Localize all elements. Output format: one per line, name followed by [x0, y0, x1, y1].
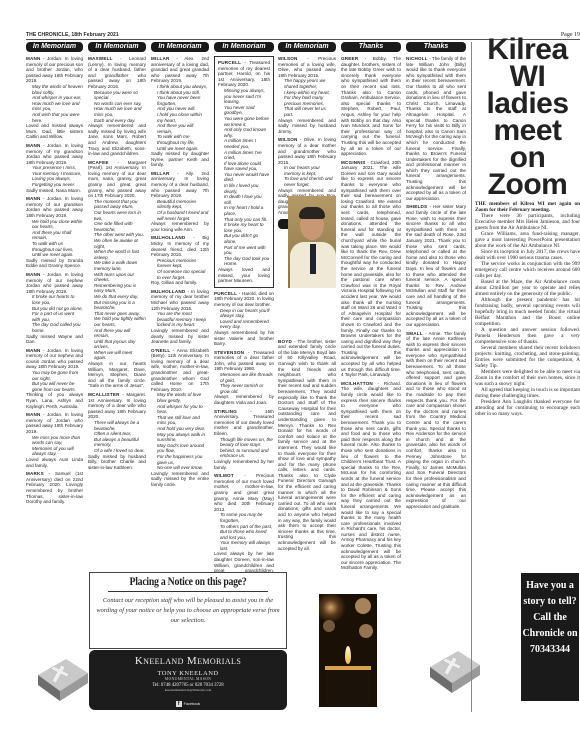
notice-entry: STIRLING - 15th Anniversary. Treasured m… [214, 409, 274, 471]
notice-ad-title: Placing a Notice on this page? [108, 576, 268, 592]
article-paragraph: Since its inception in July 2017, the cr… [475, 249, 580, 261]
notice-signoff: Sadly missed. Nana Mann. [26, 188, 83, 194]
notice-signoff: Always remembered by his sister Valerie … [214, 330, 274, 347]
notice-verse: It broke our hearts to lose you,But you … [26, 294, 83, 333]
kneeland-name: Kneeland Memorials [89, 655, 287, 667]
portrait-photo [288, 196, 336, 288]
notice-surname: MAXWELL [88, 56, 113, 61]
notice-surname: MCALLISTER [88, 392, 120, 397]
thanks-column-7: Thanks NICHOLL - The family of the late … [406, 42, 466, 642]
notice-verse: Missing you always, you never said I'm l… [218, 88, 270, 267]
notice-entry: MILLAR - Ally. 2nd anniversary. In lovin… [151, 171, 209, 233]
story-call-ad: Have you a story to tell? Call the Chron… [521, 573, 579, 701]
kneeland-person: TONY KNEELAND [89, 670, 287, 677]
notice-surname: NICHOLL [406, 56, 428, 61]
notice-verse: The happy years we shared together,I kee… [278, 78, 336, 117]
notice-surname: MULHOLLAND [151, 235, 185, 240]
notice-text: - Annie. The family of the late Annie Ka… [406, 331, 466, 509]
notice-surname: BOYD [278, 339, 292, 344]
notice-signoff: Lovingly remembered by her family. [214, 459, 274, 470]
article-body: THE members of Kilrea WI met again on Zo… [475, 201, 580, 417]
notice-entry: MULHOLLAND - In loving memory of my dear… [151, 289, 209, 345]
notice-verse: I think about you always,I think about y… [151, 84, 209, 151]
notice-surname: WILMOT [214, 473, 234, 478]
notice-signoff: Always remembered and sadly missed by lo… [88, 123, 146, 157]
notice-verse: We hold you close within our hearts,And … [26, 219, 83, 258]
notice-signoff: Loved and missed always Mum, Dad, little… [26, 123, 83, 140]
notice-surname: MANN [26, 348, 41, 353]
notice-verse: Precious memories forever kept,Of someon… [151, 258, 209, 280]
notice-entry: MANN - Jordan. In loving memory of our n… [26, 272, 83, 345]
section-header-memoriam: In Memoriam [151, 42, 209, 52]
notice-signoff: Loved always Aunt Linda and family. [26, 457, 83, 468]
notice-signoff: Roy, Gillian and family. [151, 280, 209, 286]
notice-surname: O'NEILL [151, 348, 170, 353]
candle-photo [319, 594, 377, 707]
column-divider [471, 42, 472, 712]
notice-signoff: Always remembered by daughters Viola and… [214, 394, 274, 405]
notice-verse: Your presence I miss,Your memory I treas… [26, 165, 83, 187]
notice-entry: GREER - Bobby. The daughter, brothers, s… [341, 56, 401, 157]
notice-surname: MANN [26, 272, 41, 277]
facebook-link[interactable]: fFacebook [176, 701, 201, 707]
section-header-memoriam: In Memoriam [88, 42, 146, 52]
section-header-memoriam: In Memoriam [278, 42, 336, 52]
section-header-thanks: Thanks [341, 42, 401, 52]
notice-text: - The brother, sister and extended famil… [278, 339, 336, 551]
notice-text: - Anna Elizabeth (Betty). 11th Anniversa… [151, 348, 209, 392]
notice-verse: The moment that you passed away Mum,Our … [88, 199, 146, 361]
article-paragraph: Although the present pandemic has hit fu… [475, 297, 580, 327]
newspaper-page: THE CHRONICLE, 18th February 2021 Page 1… [26, 0, 580, 737]
notice-text: - Samuel (1st Anniversary) died on 22nd … [26, 471, 83, 504]
notice-ad-body: Contact our reception staff who will be … [94, 596, 282, 626]
notice-entry: STEVENSON - Treasured memories of a dear… [214, 350, 274, 406]
notice-signoff: Always loved and missed, your loving par… [218, 267, 270, 284]
notice-entry: MARKS - Samuel (1st Anniversary) died on… [26, 471, 83, 505]
kneeland-email: kneelandmemorials@btinternet.com [89, 688, 287, 692]
notice-surname: MANN [26, 196, 41, 201]
notice-verse: May the winds of heaven blow softly.And … [26, 84, 83, 123]
notice-verse: Because you were so special.No words can… [88, 90, 146, 124]
bible-icon [424, 647, 484, 697]
section-header-memoriam: In Memoriam [26, 42, 83, 52]
article-paragraph: Members were delighted to be able to mee… [475, 369, 580, 387]
notice-verse: Deep in our hearts you'll always stay,Lo… [214, 308, 274, 330]
section-header-thanks: Thanks [406, 42, 466, 52]
notice-surname: STEVENSON [214, 350, 244, 355]
article-headline: Kilrea WI ladies meet on Zoom [475, 36, 580, 198]
notice-text: - Leonard (Lenny). In loving memory of a… [88, 56, 146, 89]
notice-text: - Her sister Mary and family circle of t… [406, 204, 466, 326]
notice-surname: GREER [341, 56, 358, 61]
notice-entry: WILSON - Precious memories of a loving w… [278, 56, 336, 134]
notice-entry: PURCELL - Harold, died on 18th February … [214, 291, 274, 347]
notice-verse: Beautiful memories silently kept,Of a hu… [151, 199, 209, 221]
masthead-title: THE CHRONICLE, 18th February 2021 [26, 32, 119, 38]
notice-entry: MANN - Jordan. In loving memory of our g… [26, 196, 83, 269]
notice-signoff: Thinking of you always Ryan, Lana, Ashly… [26, 392, 83, 409]
notice-entry: MANN - Jordan. In loving memory of our p… [26, 56, 83, 140]
bible-icon [32, 655, 92, 705]
notice-entry: MULHOLLAND - Big Micky. In memory of my … [151, 235, 209, 285]
memoriam-column-1: In Memoriam MANN - Jordan. In loving mem… [26, 42, 83, 562]
notice-surname: PURCELL [218, 60, 241, 65]
notice-verse: May the winds of love blow gently,And wh… [151, 392, 209, 470]
notice-entry: BOYD - The brother, sister and extended … [278, 339, 336, 552]
notice-surname: MCGINNIS [341, 160, 366, 165]
notice-entry: MANN - Jordan. In loving memory of my gr… [26, 143, 83, 193]
notice-surname: MCAFEE [88, 160, 109, 165]
memoriam-column-2: In Memoriam MAXWELL - Leonard (Lenny). I… [88, 42, 146, 567]
notice-signoff: Lovingly remembered and sadly missed by … [151, 471, 209, 488]
notice-text: - Crawford, 20th January 2021. The wife … [341, 160, 401, 378]
notice-text: - Precious memories of our much loved mo… [214, 473, 274, 512]
notice-signoff: Lovingly remembered and dearly missed by… [151, 328, 209, 345]
notice-signoff: Sadly missed Wayne and Dan. [26, 334, 83, 345]
notice-entry: SHIELDS - Her sister Mary and family cir… [406, 204, 466, 327]
notice-text: - Bobby. The daughter, brothers, sisters… [341, 56, 401, 156]
article-paragraph: The service works in conjunction with th… [475, 261, 580, 279]
notice-entry: SMALL - Annie. The family of the late An… [406, 331, 466, 510]
notice-surname: MARKS [26, 471, 44, 476]
notice-verse: To some you may be forgotten,To others p… [214, 512, 274, 551]
notice-surname: MANN [26, 143, 41, 148]
notice-signoff: Always in our hearts William, Margaret, … [88, 361, 146, 389]
article-lead: THE members of Kilrea WI met again on Zo… [475, 201, 580, 213]
facebook-icon: f [176, 701, 182, 707]
article-paragraph: President Ann Laughlin thanked everyone … [475, 399, 580, 417]
notice-entry: MANN - Jordan. In loving memory of Jorda… [26, 412, 83, 468]
notice-entry: MCGINNIS - Crawford, 20th January 2021. … [341, 160, 401, 378]
article-paragraph: Several members shared their recent lock… [475, 345, 580, 369]
memoriam-column-3: In Memoriam MILLAR - Alex. 2nd anniversa… [151, 42, 209, 567]
notice-surname: SMALL [406, 331, 423, 336]
notice-surname: WILSON [278, 137, 298, 142]
notice-entry: MCALLISTER - Margaret. 1st Anniversary. … [88, 392, 146, 470]
notice-entry: NICHOLL - The family of the late William… [406, 56, 466, 201]
notice-signoff: Always remembered by your loving wife An… [151, 221, 209, 232]
notice-entry: PURCELL - Treasured memories of my deare… [214, 56, 274, 288]
article-paragraph: Grace Williams, area fund-raising manage… [475, 231, 580, 249]
article-paragraph: Based at the Maze, the Air Ambulance cos… [475, 279, 580, 297]
article-paragraph: A question and answer session followed. … [475, 327, 580, 345]
notice-verse: In our hearts your memory is kept,To lov… [278, 165, 336, 187]
notice-surname: WILSON [278, 56, 298, 61]
notice-signoff: Sadly missed by Granda Eddie and Granny … [26, 258, 83, 269]
notice-entry: MCAFEE - Margaret (Pearl). 1st Anniversa… [88, 160, 146, 389]
notice-verse: Though life moves on, the beauty of love… [214, 437, 274, 459]
notice-entry: O'NEILL - Anna Elizabeth (Betty). 11th A… [151, 348, 209, 488]
notice-verse: Memories are like threads of gold,They n… [214, 372, 274, 394]
notice-text: - Margaret (Pearl). 1st Anniversary. In … [88, 160, 146, 199]
notice-text: - Richard. The wife, daughters and famil… [341, 381, 401, 571]
notice-verse: There will always be a heartache,Often a… [88, 420, 146, 454]
notice-signoff: Sadly missed by daughter Nyree, partner … [151, 151, 209, 168]
article-kilrea-wi: Kilrea WI ladies meet on Zoom THE member… [475, 36, 580, 571]
notice-entry: MCILHATTON - Richard. The wife, daughter… [341, 381, 401, 571]
notice-surname: SHIELDS [406, 204, 427, 209]
notice-surname: MILLAR [151, 171, 170, 176]
notice-surname: MCILHATTON [341, 381, 373, 386]
kneeland-subtitle: MONUMENTAL MASON [89, 677, 287, 681]
notice-entry: MILLAR - Alex. 2nd anniversary of a lovi… [151, 56, 209, 168]
notice-entry: WILMOT - Precious memories of our much l… [214, 473, 274, 579]
kneeland-memorials-ad: Kneeland Memorials TONY KNEELAND MONUMEN… [89, 650, 287, 710]
notice-verse: You may be gone from our sight,But you w… [26, 370, 83, 392]
notice-text: - The family of the late William John (B… [406, 56, 466, 201]
notice-verse: You are the most beautiful memory I keep… [151, 311, 209, 328]
notice-entry: MANN - Jordan. In loving memory of our n… [26, 348, 83, 410]
notice-signoff: Always remembered and sadly missed by hu… [278, 118, 336, 135]
notice-entry: MAXWELL - Leonard (Lenny). In loving mem… [88, 56, 146, 157]
notice-surname: MANN [26, 56, 41, 61]
placing-notice-ad: Placing a Notice on this page? Contact o… [89, 572, 287, 649]
notice-surname: PURCELL [214, 291, 237, 296]
notice-surname: MULHOLLAND [151, 289, 185, 294]
article-paragraph: All agreed that keeping in touch is so i… [475, 387, 580, 399]
article-paragraph: There were 36 participants, including Ex… [475, 213, 580, 231]
section-header-memoriam: In Memoriam [214, 42, 274, 52]
notice-surname: STIRLING [214, 409, 237, 414]
notice-signoff: Sadly missed by husband Billy, brother C… [88, 454, 146, 471]
notice-verse: We miss you more than words can say,Memo… [26, 435, 83, 457]
notice-surname: MANN [26, 412, 41, 417]
notice-surname: MILLAR [151, 56, 170, 61]
